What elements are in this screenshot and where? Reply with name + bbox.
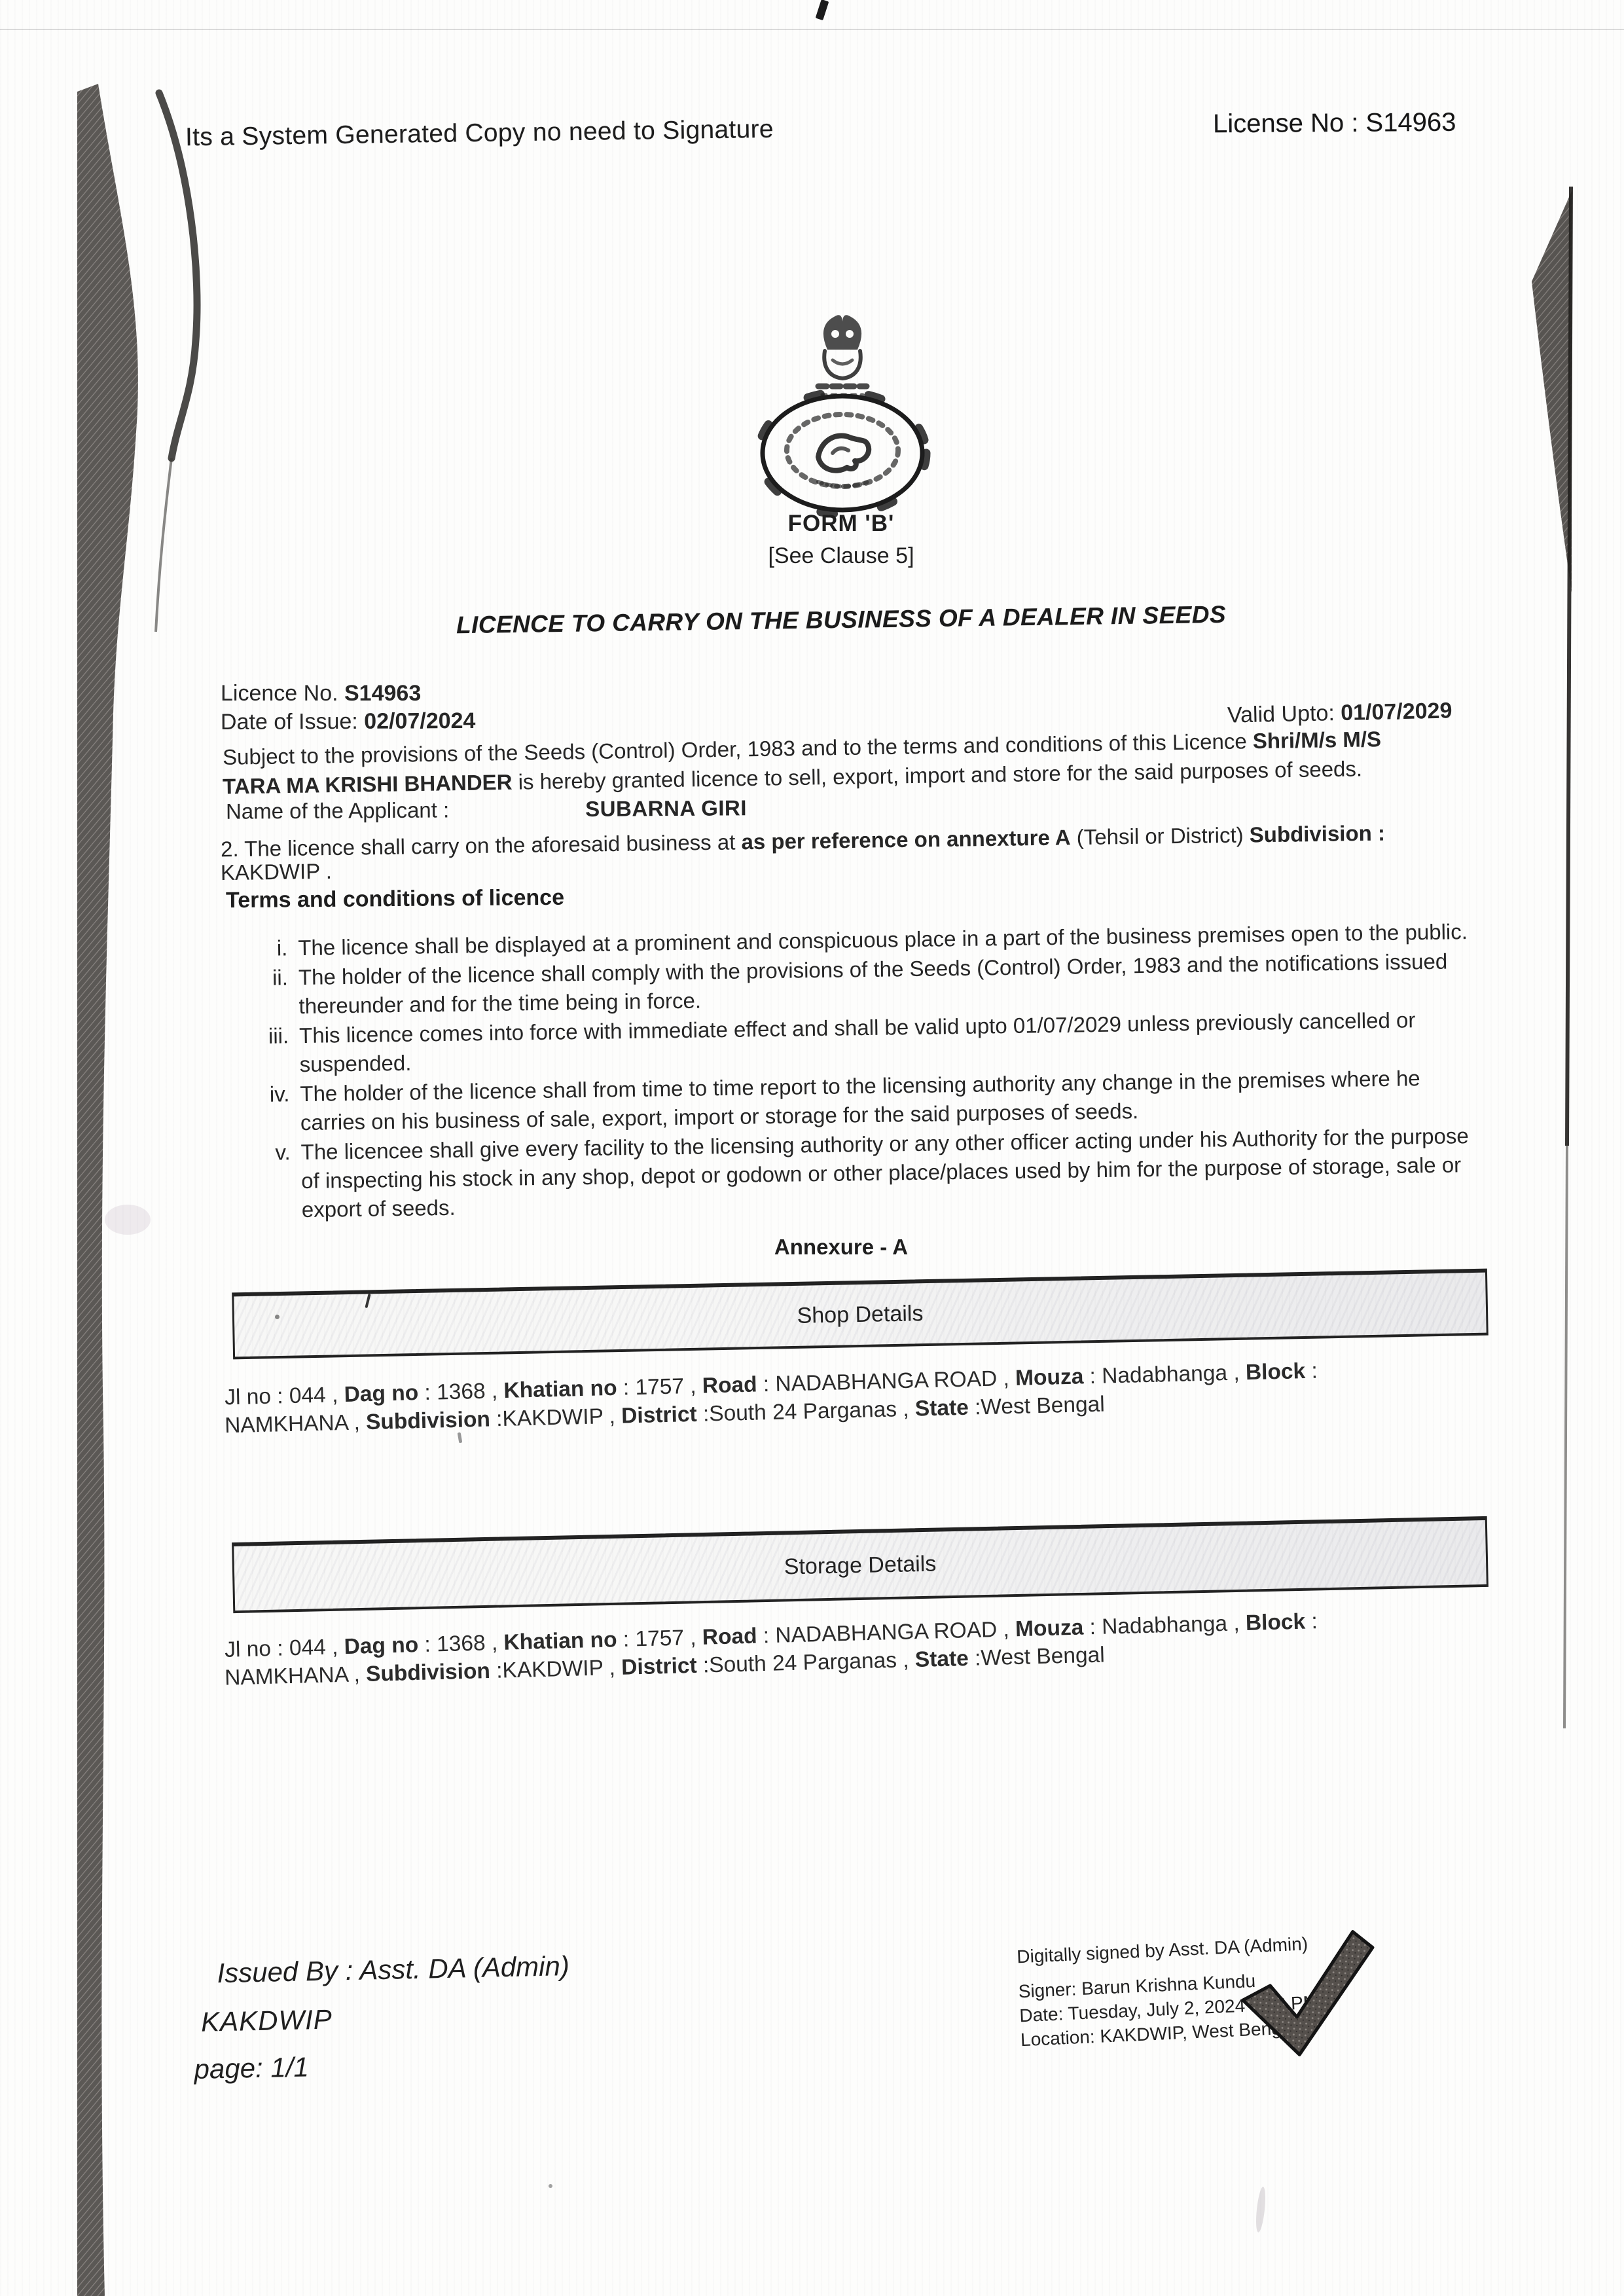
valid-upto-line: Valid Upto: 01/07/2029	[1227, 698, 1453, 728]
text-run: :South 24 Parganas ,	[696, 1648, 915, 1678]
text-run: :West Bengal	[968, 1393, 1105, 1420]
national-emblem-seal-icon	[754, 308, 931, 517]
text-run: :	[1305, 1609, 1318, 1633]
text-run: Block	[1245, 1610, 1305, 1635]
issued-by-line: Issued By : Asst. DA (Admin)	[217, 1950, 569, 1989]
term-text: The licencee shall give every facility t…	[300, 1121, 1477, 1224]
clause2-line2: KAKDWIP .	[221, 859, 332, 885]
text-run: :South 24 Parganas ,	[696, 1397, 915, 1427]
applicant-label: Name of the Applicant :	[226, 797, 449, 823]
term-number: iii.	[256, 1021, 289, 1080]
term-number: iv.	[257, 1080, 290, 1138]
text-run: :West Bengal	[968, 1643, 1105, 1670]
text-run: NAMKHANA ,	[225, 1662, 367, 1690]
text-run: Jl no : 044 ,	[225, 1635, 344, 1662]
text-run: Road	[702, 1624, 757, 1650]
text-run: Shri/M/s M/S	[1253, 727, 1382, 753]
text-run: Subdivision	[366, 1408, 491, 1435]
text-run: District	[621, 1654, 697, 1680]
left-edge-shadow	[77, 84, 138, 2296]
text-run: : Nadabhanga ,	[1083, 1611, 1246, 1639]
applicant-name: SUBARNA GIRI	[585, 795, 747, 822]
shop-details-title: Shop Details	[797, 1301, 923, 1329]
text-run: : 1368 ,	[418, 1379, 504, 1405]
terms-list: i.The licence shall be displayed at a pr…	[255, 917, 1477, 1226]
text-run: TARA MA KRISHI BHANDER	[223, 770, 513, 799]
scanned-licence-document: Its a System Generated Copy no need to S…	[0, 0, 1624, 2296]
annexure-heading: Annexure - A	[59, 1235, 1623, 1260]
text-run: S14963	[344, 681, 421, 706]
form-title: FORM 'B'	[59, 511, 1623, 537]
term-number: ii.	[255, 963, 289, 1021]
text-run: Date of Issue:	[221, 709, 364, 735]
text-run: 02/07/2024	[364, 708, 475, 734]
text-run: Dag no	[344, 1633, 418, 1659]
terms-heading: Terms and conditions of licence	[226, 885, 564, 914]
text-run: (Tehsil or District)	[1070, 822, 1250, 849]
term-number: i.	[255, 934, 288, 963]
text-run: Block	[1246, 1359, 1306, 1385]
storage-details-title: Storage Details	[784, 1551, 936, 1580]
license-no-header: License No : S14963	[1213, 108, 1456, 139]
text-run: as per reference on annexture A	[741, 825, 1071, 854]
issued-place-line: KAKDWIP	[201, 1999, 571, 2038]
text-run: :	[1305, 1359, 1318, 1383]
text-run: Licence No.	[221, 681, 344, 706]
date-of-issue-line: Date of Issue: 02/07/2024	[221, 708, 476, 735]
text-run: :KAKDWIP ,	[490, 1404, 621, 1432]
text-run: Dag no	[344, 1381, 418, 1407]
text-run: Jl no : 044 ,	[225, 1383, 344, 1410]
ink-dot	[275, 1315, 280, 1319]
text-run: : 1368 ,	[418, 1631, 504, 1657]
text-run: Mouza	[1015, 1364, 1084, 1391]
text-run: Subdivision	[366, 1659, 491, 1686]
text-run: : 1757 ,	[617, 1374, 702, 1400]
smudge-mark	[105, 1205, 151, 1235]
text-run: Valid Upto:	[1227, 701, 1341, 728]
text-run: NAMKHANA ,	[225, 1410, 367, 1438]
signature-valid-check-icon	[1236, 1921, 1380, 2062]
text-run: State	[914, 1396, 969, 1421]
applicant-line: Name of the Applicant :SUBARNA GIRI	[226, 795, 747, 824]
text-run: Khatian no	[503, 1376, 617, 1403]
text-run: Mouza	[1015, 1616, 1084, 1642]
text-run: Subdivision :	[1249, 821, 1385, 847]
term-number: v.	[257, 1138, 291, 1225]
text-run: : Nadabhanga ,	[1083, 1360, 1246, 1389]
text-run: 01/07/2029	[1341, 698, 1453, 725]
text-run: District	[621, 1402, 697, 1429]
text-run: State	[914, 1647, 969, 1672]
text-run: :KAKDWIP ,	[490, 1656, 621, 1683]
issuer-block: Issued By : Asst. DA (Admin) KAKDWIP pag…	[192, 1950, 571, 2085]
text-run: : 1757 ,	[617, 1626, 702, 1652]
clause-reference: [See Clause 5]	[59, 543, 1623, 569]
text-run: Khatian no	[503, 1628, 617, 1655]
text-run: KAKDWIP .	[221, 859, 332, 884]
licence-number-line: Licence No. S14963	[221, 681, 421, 706]
text-run: Road	[702, 1373, 757, 1398]
ink-dot	[549, 2184, 552, 2188]
term-item: v.The licencee shall give every facility…	[257, 1121, 1477, 1225]
